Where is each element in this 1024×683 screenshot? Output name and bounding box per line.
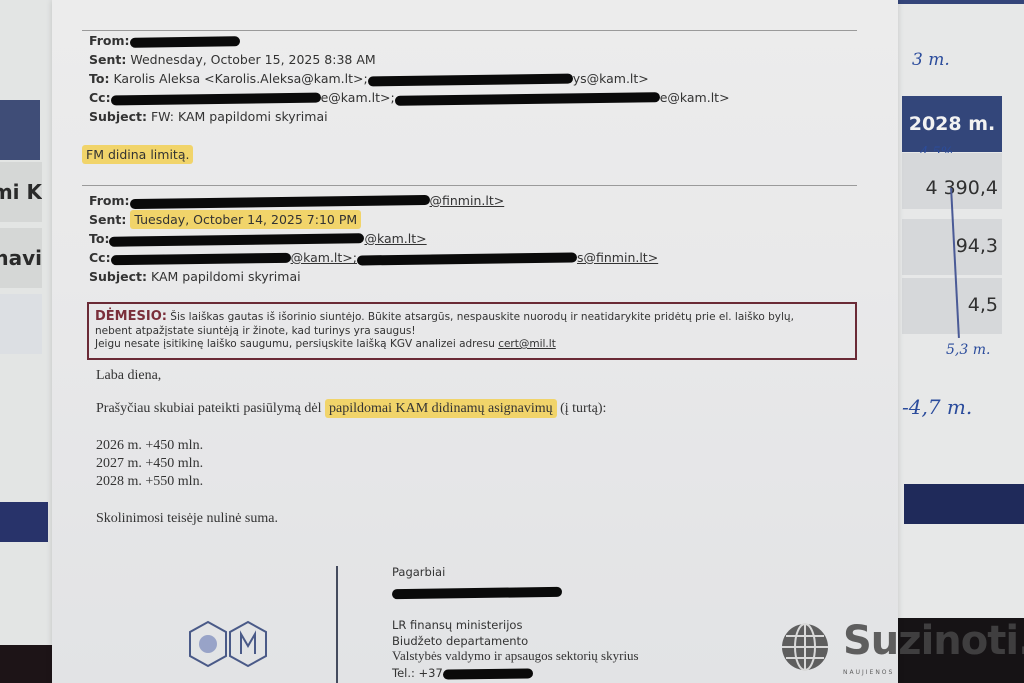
- external-sender-warning: DĖMESIO: Šis laiškas gautas iš išorinio …: [87, 302, 857, 360]
- signature-closing: Pagarbiai: [392, 565, 445, 579]
- orig-cc-line: Cc:@kam.lt>;s@finmin.lt>: [89, 250, 658, 265]
- globe-icon: [780, 622, 830, 672]
- redaction: [129, 194, 429, 208]
- fw-cc-line: Cc:e@kam.lt>;e@kam.lt>: [89, 90, 730, 105]
- allocation-2027: 2027 m. +450 mln.: [96, 456, 203, 472]
- warning-title: DĖMESIO:: [95, 309, 167, 324]
- table-cell: 4,5: [902, 278, 1002, 334]
- fw-to-line: To: Karolis Aleksa <Karolis.Aleksa@kam.l…: [89, 71, 649, 86]
- orig-from-line: From:@finmin.lt>: [89, 193, 504, 208]
- allocation-2026: 2026 m. +450 mln.: [96, 438, 203, 454]
- greeting: Laba diena,: [96, 368, 161, 384]
- redaction: [109, 233, 364, 247]
- allocation-2028: 2028 m. +550 mln.: [96, 474, 203, 490]
- redaction: [392, 586, 562, 598]
- table-header-cell: [0, 100, 40, 160]
- background-document-right: 3 m. 2028 m. 4,5% 4 390,4 94,3 4,5 5,3 m…: [898, 0, 1024, 683]
- fw-sent-line: Sent: Wednesday, October 15, 2025 8:38 A…: [89, 52, 376, 67]
- signature-name-redacted: [392, 585, 562, 599]
- handwritten-note: 5,3 m.: [946, 342, 990, 358]
- signature-org: LR finansų ministerijos: [392, 618, 522, 632]
- table-header-2028: 2028 m.: [902, 96, 1002, 152]
- table-header-cell: [904, 484, 1024, 524]
- divider: [82, 185, 857, 186]
- cert-email-link[interactable]: cert@mil.lt: [498, 338, 556, 350]
- divider: [82, 30, 857, 31]
- redaction: [111, 92, 321, 105]
- borrowing-note: Skolinimosi teisėje nulinė suma.: [96, 511, 278, 527]
- table-row: mi K: [0, 162, 42, 222]
- request-text: Prašyčiau skubiai pateikti pasiūlymą dėl…: [96, 401, 606, 417]
- table-row: [0, 294, 42, 354]
- printed-email: From: Sent: Wednesday, October 15, 2025 …: [52, 0, 898, 683]
- fw-subject-line: Subject: FW: KAM papildomi skyrimai: [89, 109, 328, 124]
- redaction: [368, 73, 573, 86]
- background-document-left: mi K navi: [0, 0, 52, 683]
- ministry-logo-icon: [186, 618, 276, 674]
- handwritten-note: -4,7 m.: [902, 395, 972, 419]
- watermark: Suzinoti.lt NAUJIENOS: [780, 618, 1024, 683]
- redaction: [357, 252, 577, 265]
- signature-department: Biudžeto departamento: [392, 634, 528, 648]
- orig-sent-line: Sent: Tuesday, October 14, 2025 7:10 PM: [89, 212, 361, 227]
- redaction: [111, 252, 291, 265]
- redaction: [443, 668, 533, 679]
- watermark-brand: Suzinoti.lt: [843, 618, 1024, 664]
- table-border: [898, 0, 1024, 4]
- redaction: [129, 36, 239, 48]
- table-header-cell: [0, 502, 48, 542]
- signature-divider: [336, 566, 338, 683]
- redaction: [395, 92, 660, 106]
- fw-from-line: From:: [89, 33, 240, 48]
- watermark-tagline: NAUJIENOS: [843, 669, 894, 676]
- forward-note: FM didina limitą.: [82, 147, 193, 162]
- orig-to-line: To:@kam.lt>: [89, 231, 427, 246]
- table-row: navi: [0, 228, 42, 288]
- dark-surface: [0, 645, 52, 683]
- signature-phone: Tel.: +37: [392, 666, 533, 680]
- signature-division: Valstybės valdymo ir apsaugos sektorių s…: [392, 648, 639, 664]
- orig-subject-line: Subject: KAM papildomi skyrimai: [89, 269, 301, 284]
- handwritten-note: 3 m.: [912, 50, 950, 70]
